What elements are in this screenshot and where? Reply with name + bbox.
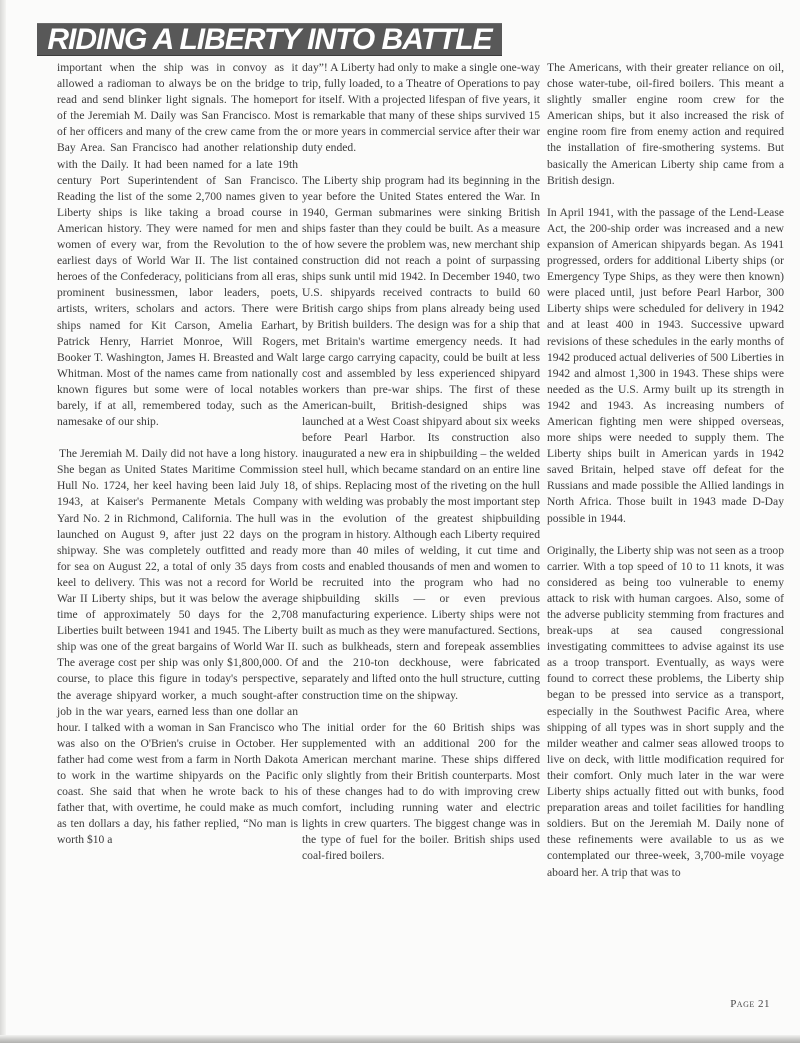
- page-left-edge-shadow: [0, 0, 6, 1043]
- article-title-banner: RIDING A LIBERTY INTO BATTLE: [37, 23, 502, 56]
- paragraph: The Liberty ship program had its beginni…: [302, 173, 540, 704]
- paragraph: The initial order for the 60 British shi…: [302, 720, 540, 865]
- paragraph: The Jeremiah M. Daily did not have a lon…: [57, 446, 298, 848]
- page-number: Page 21: [730, 998, 770, 1010]
- paragraph: In April 1941, with the passage of the L…: [547, 205, 784, 527]
- paragraph: The Americans, with their greater relian…: [547, 60, 784, 189]
- text-column-2: day”! A Liberty had only to make a singl…: [302, 60, 540, 881]
- paragraph: day”! A Liberty had only to make a singl…: [302, 60, 540, 157]
- text-column-1: important when the ship was in convoy as…: [57, 60, 298, 865]
- text-column-3: The Americans, with their greater relian…: [547, 60, 784, 897]
- paragraph: Originally, the Liberty ship was not see…: [547, 543, 784, 881]
- article-title: RIDING A LIBERTY INTO BATTLE: [47, 23, 491, 56]
- paragraph: important when the ship was in convoy as…: [57, 60, 298, 430]
- page-bottom-edge-shadow: [0, 1035, 800, 1043]
